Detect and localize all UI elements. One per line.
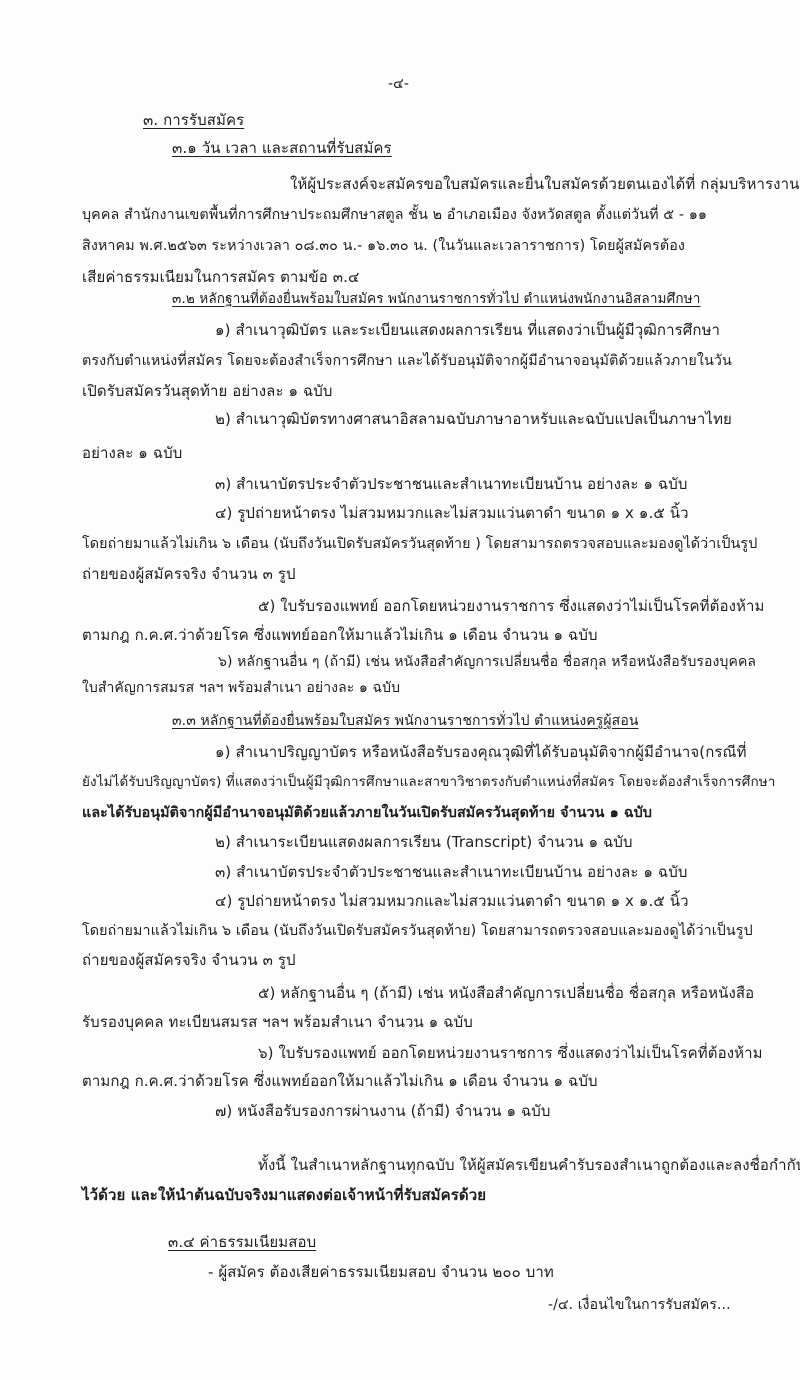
list-item: ๒) สำเนาวุฒิบัตรทางศาสนาอิสลามฉบับภาษาอา… (215, 409, 732, 429)
note-line: ไว้ด้วย และให้นำต้นฉบับจริงมาแสดงต่อเจ้า… (82, 1185, 486, 1205)
paragraph-line: เสียค่าธรรมเนียมในการสมัคร ตามข้อ ๓.๔ (82, 267, 359, 287)
list-item: ๖) หลักฐานอื่น ๆ (ถ้ามี) เช่น หนังสือสำค… (218, 652, 756, 672)
note-line: ทั้งนี้ ในสำเนาหลักฐานทุกฉบับ ให้ผู้สมัค… (258, 1155, 800, 1175)
list-item-cont: ตรงกับตำแหน่งที่สมัคร โดยจะต้องสำเร็จการ… (82, 351, 732, 371)
paragraph-line: ให้ผู้ประสงค์จะสมัครขอใบสมัครและยื่นใบสม… (290, 174, 799, 194)
list-item-cont: และได้รับอนุมัติจากผู้มีอำนาจอนุมัติด้วย… (82, 803, 652, 823)
paragraph-line: สิงหาคม พ.ศ.๒๕๖๓ ระหว่างเวลา ๐๘.๓๐ น.- ๑… (82, 236, 685, 256)
list-item: ๕) ใบรับรองแพทย์ ออกโดยหน่วยงานราชการ ซึ… (258, 596, 765, 616)
list-item-cont: ถ่ายของผู้สมัครจริง จำนวน ๓ รูป (82, 564, 296, 584)
section-3-3-title: ๓.๓ หลักฐานที่ต้องยื่นพร้อมใบสมัคร พนักง… (172, 711, 639, 731)
list-item: ๕) หลักฐานอื่น ๆ (ถ้ามี) เช่น หนังสือสำค… (258, 983, 754, 1003)
list-item: ๓) สำเนาบัตรประจำตัวประชาชนและสำเนาทะเบี… (215, 474, 687, 494)
section-3-2-title: ๓.๒ หลักฐานที่ต้องยื่นพร้อมใบสมัคร พนักง… (172, 289, 700, 309)
list-item-cont: อย่างละ ๑ ฉบับ (82, 443, 182, 463)
list-item-cont: ใบสำคัญการสมรส ฯลฯ พร้อมสำเนา อย่างละ ๑ … (82, 678, 400, 698)
list-item: ๗) หนังสือรับรองการผ่านงาน (ถ้ามี) จำนวน… (215, 1101, 551, 1121)
list-item: ๔) รูปถ่ายหน้าตรง ไม่สวมหมวกและไม่สวมแว่… (215, 503, 689, 523)
list-item: ๒) สำเนาระเบียนแสดงผลการเรียน (Transcrip… (215, 832, 633, 852)
section-3-4-title: ๓.๔ ค่าธรรมเนียมสอบ (168, 1232, 316, 1252)
list-item: ๔) รูปถ่ายหน้าตรง ไม่สวมหมวกและไม่สวมแว่… (215, 891, 689, 911)
list-item-cont: ตามกฎ ก.ค.ศ.ว่าด้วยโรค ซึ่งแพทย์ออกให้มา… (82, 625, 598, 645)
list-item-cont: โดยถ่ายมาแล้วไม่เกิน ๖ เดือน (นับถึงวันเ… (82, 534, 757, 554)
document-page: -๔- ๓. การรับสมัคร ๓.๑ วัน เวลา และสถานท… (0, 0, 800, 1380)
section-3-title: ๓. การรับสมัคร (143, 110, 244, 130)
fee-line: - ผู้สมัคร ต้องเสียค่าธรรมเนียมสอบ จำนวน… (208, 1262, 554, 1282)
list-item: ๓) สำเนาบัตรประจำตัวประชาชนและสำเนาทะเบี… (215, 862, 687, 882)
list-item-cont: โดยถ่ายมาแล้วไม่เกิน ๖ เดือน (นับถึงวันเ… (82, 921, 753, 941)
list-item: ๑) สำเนาวุฒิบัตร และระเบียนแสดงผลการเรีย… (215, 320, 720, 340)
list-item-cont: ยังไม่ได้รับปริญญาบัตร) ที่แสดงว่าเป็นผู… (82, 772, 775, 792)
paragraph-line: บุคคล สำนักงานเขตพื้นที่การศึกษาประถมศึก… (82, 205, 707, 225)
continuation-note: -/๔. เงื่อนไขในการรับสมัคร... (548, 1295, 731, 1315)
section-3-1-title: ๓.๑ วัน เวลา และสถานที่รับสมัคร (172, 138, 392, 158)
page-number: -๔- (388, 74, 409, 94)
list-item-cont: รับรองบุคคล ทะเบียนสมรส ฯลฯ พร้อมสำเนา จ… (82, 1012, 473, 1032)
list-item: ๑) สำเนาปริญญาบัตร หรือหนังสือรับรองคุณว… (215, 742, 747, 762)
list-item: ๖) ใบรับรองแพทย์ ออกโดยหน่วยงานราชการ ซึ… (258, 1043, 763, 1063)
list-item-cont: ตามกฎ ก.ค.ศ.ว่าด้วยโรค ซึ่งแพทย์ออกให้มา… (82, 1071, 598, 1091)
list-item-cont: ถ่ายของผู้สมัครจริง จำนวน ๓ รูป (82, 950, 296, 970)
list-item-cont: เปิดรับสมัครวันสุดท้าย อย่างละ ๑ ฉบับ (82, 381, 333, 401)
